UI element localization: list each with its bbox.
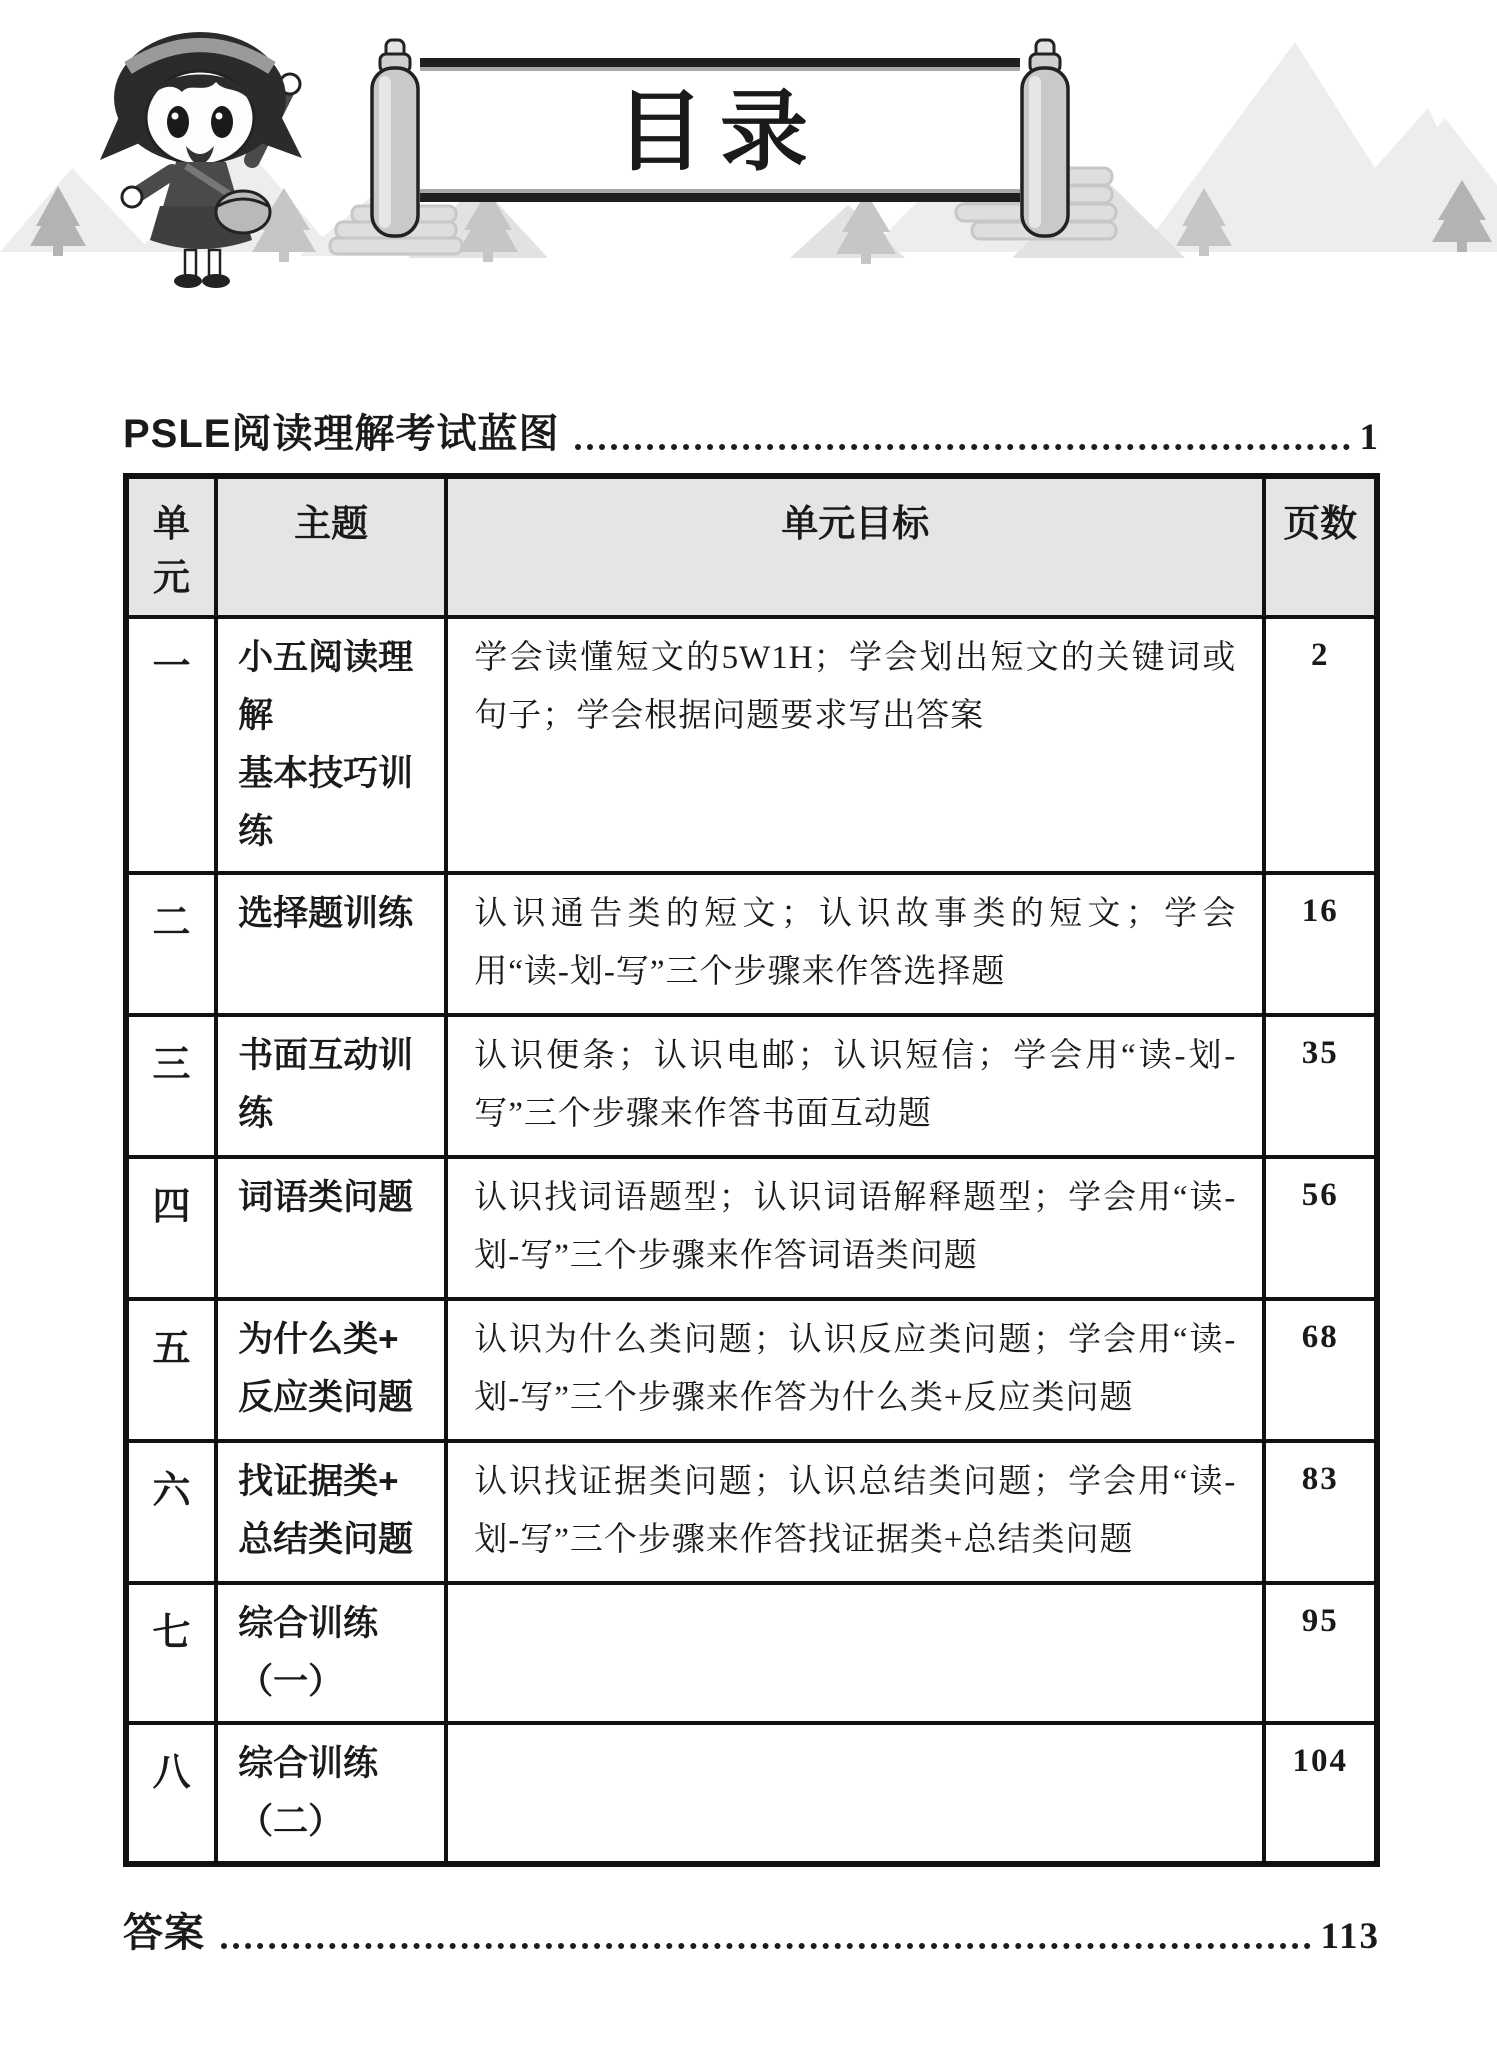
banner-title: 目录 — [616, 82, 824, 181]
toc-page: { "banner": { "title": "目录" }, "toc_top"… — [0, 0, 1497, 2048]
table-row: 七 综合训练（一） 95 — [126, 1583, 1377, 1723]
table-row: 六 找证据类+ 总结类问题 认识找证据类问题；认识总结类问题；学会用“读-划-写… — [126, 1441, 1377, 1583]
objective-cell: 认识通告类的短文；认识故事类的短文；学会用“读-划-写”三个步骤来作答选择题 — [446, 873, 1264, 1015]
objective-cell — [446, 1723, 1264, 1864]
unit-cell: 八 — [126, 1723, 216, 1864]
page-cell: 16 — [1264, 873, 1377, 1015]
unit-cell: 二 — [126, 873, 216, 1015]
topic-cell: 选择题训练 — [216, 873, 446, 1015]
objective-cell: 认识便条；认识电邮；认识短信；学会用“读-划-写”三个步骤来作答书面互动题 — [446, 1015, 1264, 1157]
table-row: 二 选择题训练 认识通告类的短文；认识故事类的短文；学会用“读-划-写”三个步骤… — [126, 873, 1377, 1015]
objective-cell: 认识找词语题型；认识词语解释题型；学会用“读-划-写”三个步骤来作答词语类问题 — [446, 1157, 1264, 1299]
page-cell: 35 — [1264, 1015, 1377, 1157]
table-header-row: 单元 主题 单元目标 页数 — [126, 476, 1377, 617]
unit-cell: 六 — [126, 1441, 216, 1583]
page-cell: 83 — [1264, 1441, 1377, 1583]
toc-entry-label: PSLE阅读理解考试蓝图 — [123, 402, 559, 459]
header-decoration: 目录 — [0, 0, 1497, 290]
table-row: 八 综合训练（二） 104 — [126, 1723, 1377, 1864]
unit-cell: 四 — [126, 1157, 216, 1299]
objective-cell — [446, 1583, 1264, 1723]
toc-entry-answers: 答案 113 — [123, 1901, 1380, 1958]
objective-cell: 认识为什么类问题；认识反应类问题；学会用“读-划-写”三个步骤来作答为什么类+反… — [446, 1299, 1264, 1441]
page-cell: 56 — [1264, 1157, 1377, 1299]
unit-cell: 三 — [126, 1015, 216, 1157]
toc-table: 单元 主题 单元目标 页数 一 小五阅读理解 基本技巧训练 学会读懂短文的5W1… — [123, 473, 1380, 1867]
topic-cell: 综合训练（一） — [216, 1583, 446, 1723]
page-cell: 2 — [1264, 617, 1377, 873]
unit-cell: 五 — [126, 1299, 216, 1441]
unit-cell: 一 — [126, 617, 216, 873]
scroll-roller-right — [1022, 40, 1068, 236]
topic-cell: 找证据类+ 总结类问题 — [216, 1441, 446, 1583]
table-row: 一 小五阅读理解 基本技巧训练 学会读懂短文的5W1H；学会划出短文的关键词或句… — [126, 617, 1377, 873]
table-row: 三 书面互动训练 认识便条；认识电邮；认识短信；学会用“读-划-写”三个步骤来作… — [126, 1015, 1377, 1157]
scroll-roller-left — [372, 40, 418, 236]
page-cell: 104 — [1264, 1723, 1377, 1864]
col-header-pages: 页数 — [1264, 476, 1377, 617]
toc-content: PSLE阅读理解考试蓝图 1 单元 主题 单元目标 页数 一 小五阅读理解 基本… — [0, 402, 1497, 1958]
topic-cell: 综合训练（二） — [216, 1723, 446, 1864]
col-header-objective: 单元目标 — [446, 476, 1264, 617]
page-cell: 68 — [1264, 1299, 1377, 1441]
leader-dots — [221, 1943, 1311, 1949]
col-header-topic: 主题 — [216, 476, 446, 617]
topic-cell: 小五阅读理解 基本技巧训练 — [216, 617, 446, 873]
objective-cell: 认识找证据类问题；认识总结类问题；学会用“读-划-写”三个步骤来作答找证据类+总… — [446, 1441, 1264, 1583]
toc-entry-label: 答案 — [123, 1901, 205, 1958]
col-header-unit: 单元 — [126, 476, 216, 617]
table-row: 四 词语类问题 认识找词语题型；认识词语解释题型；学会用“读-划-写”三个步骤来… — [126, 1157, 1377, 1299]
table-row: 五 为什么类+ 反应类问题 认识为什么类问题；认识反应类问题；学会用“读-划-写… — [126, 1299, 1377, 1441]
objective-cell: 学会读懂短文的5W1H；学会划出短文的关键词或句子；学会根据问题要求写出答案 — [446, 617, 1264, 873]
leader-dots — [575, 444, 1349, 450]
toc-entry-page: 113 — [1321, 1915, 1380, 1958]
topic-cell: 为什么类+ 反应类问题 — [216, 1299, 446, 1441]
toc-entry-blueprint: PSLE阅读理解考试蓝图 1 — [123, 402, 1380, 459]
topic-cell: 书面互动训练 — [216, 1015, 446, 1157]
toc-entry-page: 1 — [1360, 416, 1381, 459]
page-header: 目录 — [0, 0, 1497, 290]
unit-cell: 七 — [126, 1583, 216, 1723]
page-cell: 95 — [1264, 1583, 1377, 1723]
topic-cell: 词语类问题 — [216, 1157, 446, 1299]
